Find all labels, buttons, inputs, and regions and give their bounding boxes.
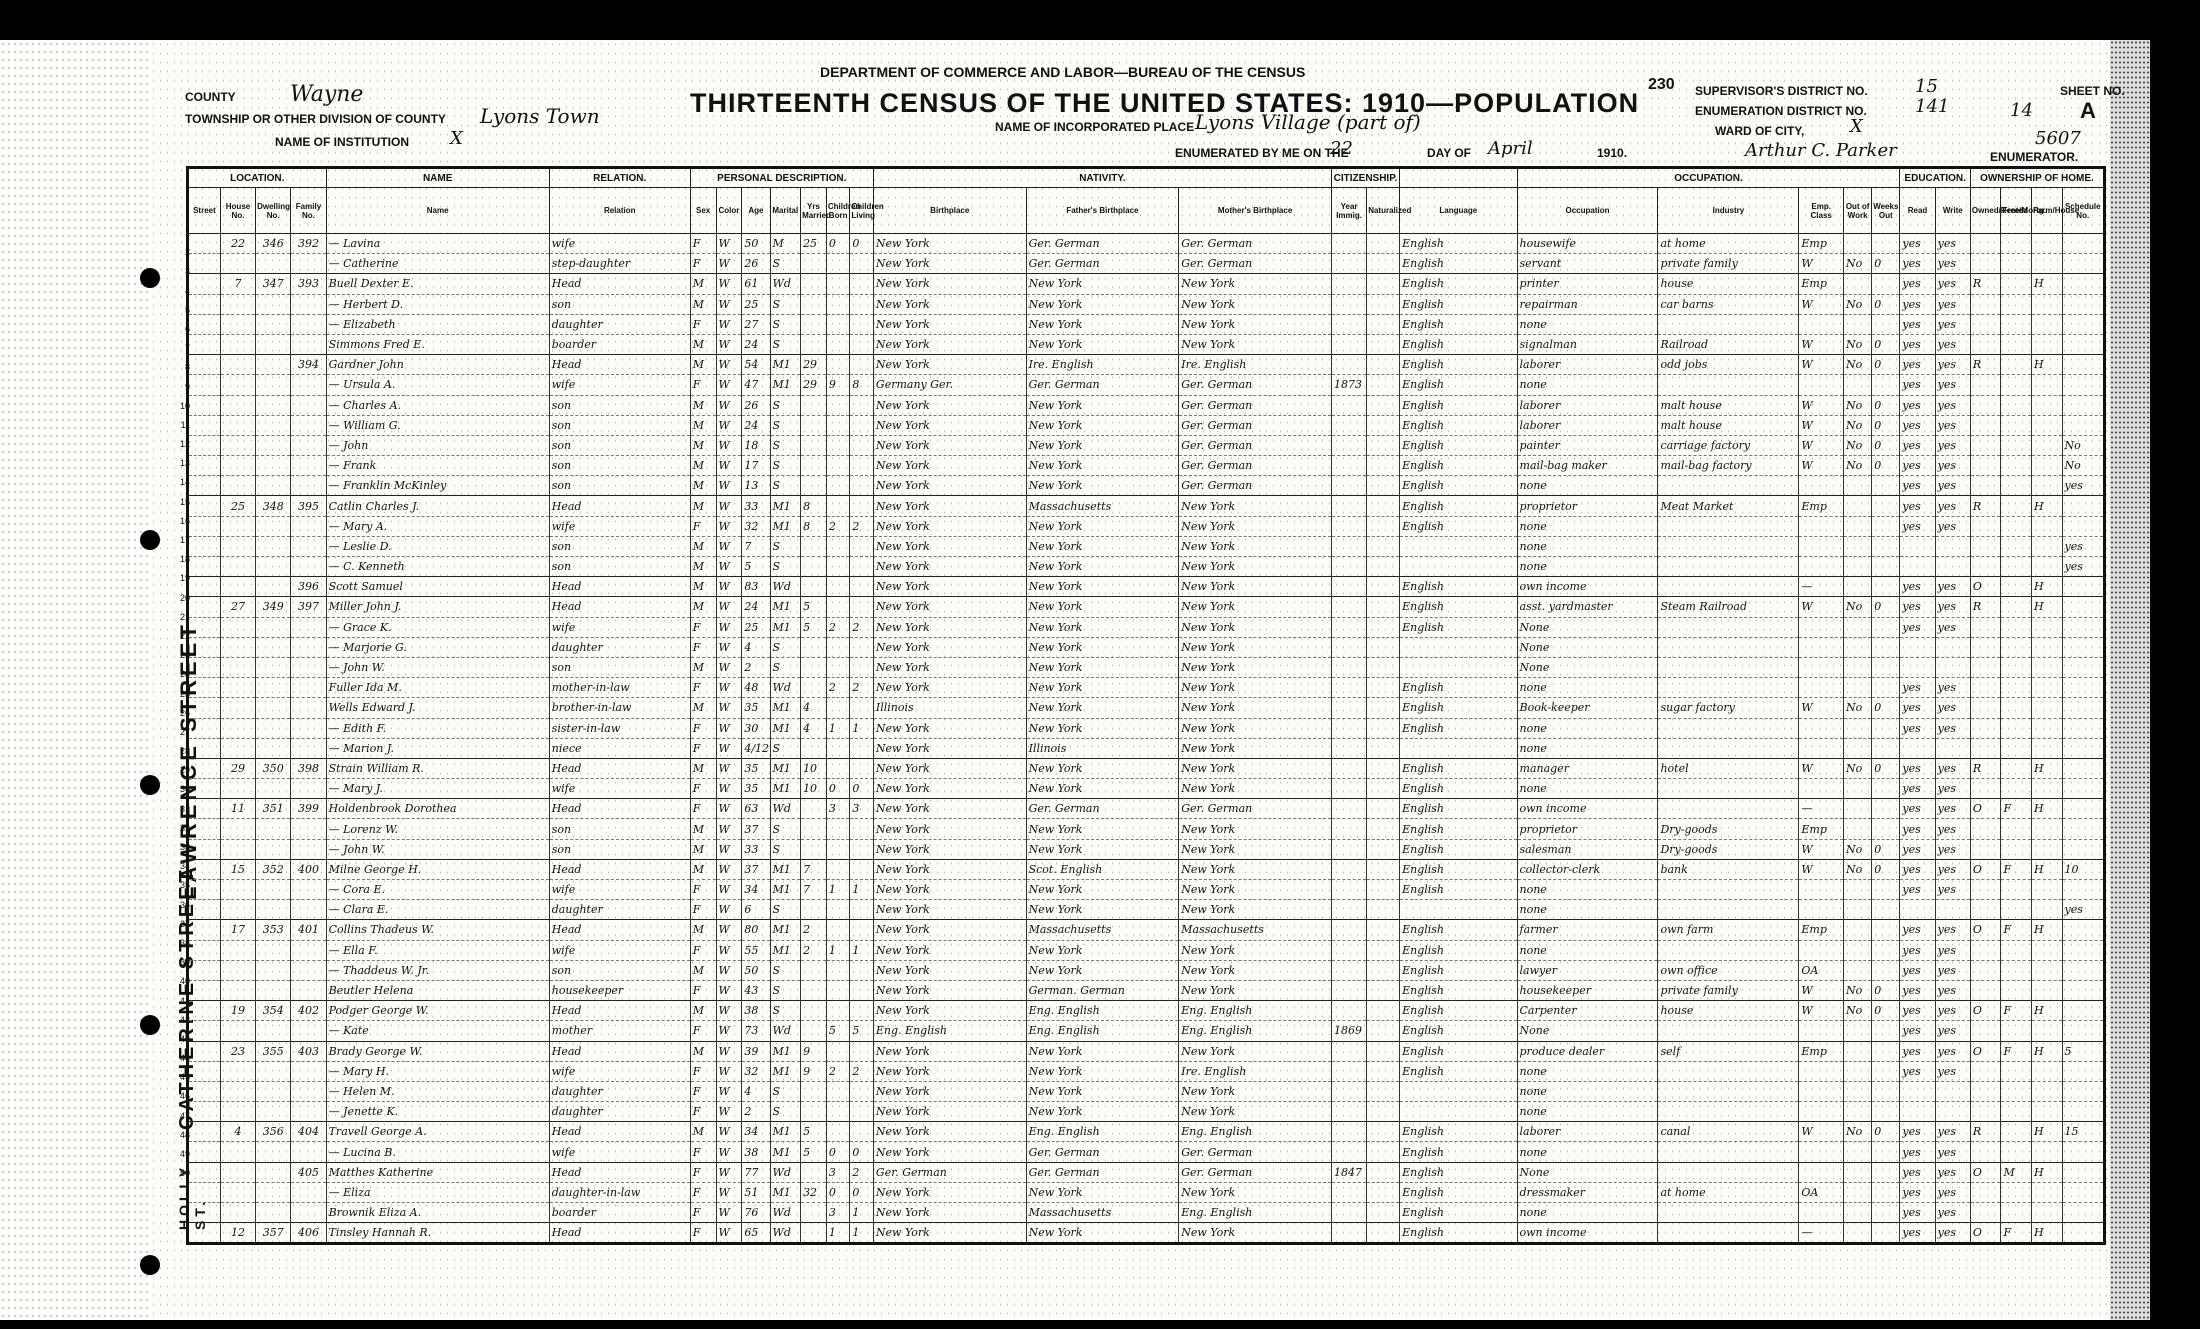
relation-cell: sister-in-law bbox=[549, 718, 690, 738]
age-cell: 26 bbox=[742, 254, 770, 274]
read-cell: yes bbox=[1900, 960, 1935, 980]
naturalized-cell bbox=[1367, 1021, 1400, 1041]
naturalized-cell bbox=[1367, 799, 1400, 819]
industry-cell: malt house bbox=[1658, 415, 1799, 435]
relation-cell: wife bbox=[549, 234, 690, 254]
children-born-cell: 3 bbox=[826, 1203, 849, 1223]
family-number-cell bbox=[291, 415, 326, 435]
out-of-work-cell: No bbox=[1844, 839, 1872, 859]
table-row: — Catherinestep-daughterFW26SNew YorkGer… bbox=[188, 254, 2105, 274]
dwelling-number-cell bbox=[256, 395, 291, 415]
out-of-work-cell: No bbox=[1844, 1122, 1872, 1142]
sex-cell: F bbox=[690, 880, 716, 900]
occupation-cell: proprietor bbox=[1517, 496, 1658, 516]
sex-cell: F bbox=[690, 940, 716, 960]
mother-birthplace-cell: New York bbox=[1179, 334, 1332, 354]
dwelling-number-cell bbox=[256, 1061, 291, 1081]
immigration-year-cell: 1847 bbox=[1331, 1162, 1366, 1182]
years-married-cell bbox=[801, 476, 827, 496]
name-cell: — Eliza bbox=[326, 1182, 549, 1202]
birthplace-cell: New York bbox=[873, 839, 1026, 859]
house-number-cell bbox=[220, 314, 255, 334]
children-born-cell bbox=[826, 920, 849, 940]
owned-rented-cell bbox=[1970, 940, 2001, 960]
language-cell: English bbox=[1400, 880, 1517, 900]
owned-rented-cell: O bbox=[1970, 1041, 2001, 1061]
employer-class-cell: — bbox=[1799, 1223, 1844, 1244]
sex-cell: M bbox=[690, 294, 716, 314]
col-occupation: Occupation bbox=[1517, 188, 1658, 234]
years-married-cell bbox=[801, 637, 827, 657]
industry-cell: at home bbox=[1658, 234, 1799, 254]
sex-cell: F bbox=[690, 738, 716, 758]
naturalized-cell bbox=[1367, 980, 1400, 1000]
color-cell: W bbox=[716, 577, 742, 597]
weeks-out-cell bbox=[1872, 1142, 1900, 1162]
children-born-cell bbox=[826, 496, 849, 516]
farm-house-cell bbox=[2031, 779, 2062, 799]
col-birthplace: Birthplace bbox=[873, 188, 1026, 234]
children-living-cell bbox=[850, 415, 874, 435]
color-cell: W bbox=[716, 476, 742, 496]
children-born-cell: 0 bbox=[826, 234, 849, 254]
industry-cell: house bbox=[1658, 1001, 1799, 1021]
name-cell: Wells Edward J. bbox=[326, 698, 549, 718]
father-birthplace-cell: Massachusetts bbox=[1026, 1203, 1179, 1223]
schedule-cell: yes bbox=[2062, 476, 2105, 496]
name-cell: — Mary H. bbox=[326, 1061, 549, 1081]
farm-house-cell: H bbox=[2031, 274, 2062, 294]
read-cell: yes bbox=[1900, 839, 1935, 859]
immigration-year-cell bbox=[1331, 1061, 1366, 1081]
family-number-cell bbox=[291, 254, 326, 274]
immigration-year-cell bbox=[1331, 920, 1366, 940]
schedule-cell bbox=[2062, 779, 2105, 799]
marital-cell: S bbox=[770, 637, 801, 657]
read-cell: yes bbox=[1900, 920, 1935, 940]
table-row: 25348395Catlin Charles J.HeadMW33M18New … bbox=[188, 496, 2105, 516]
farm-house-cell: H bbox=[2031, 1122, 2062, 1142]
read-cell: yes bbox=[1900, 718, 1935, 738]
immigration-year-cell bbox=[1331, 294, 1366, 314]
farm-house-cell: H bbox=[2031, 597, 2062, 617]
name-cell: — Herbert D. bbox=[326, 294, 549, 314]
farm-house-cell bbox=[2031, 334, 2062, 354]
color-cell: W bbox=[716, 1061, 742, 1081]
read-cell: yes bbox=[1900, 254, 1935, 274]
farm-house-cell bbox=[2031, 375, 2062, 395]
occupation-cell: laborer bbox=[1517, 355, 1658, 375]
occupation-cell: laborer bbox=[1517, 1122, 1658, 1142]
owned-rented-cell bbox=[1970, 435, 2001, 455]
children-living-cell: 2 bbox=[850, 678, 874, 698]
language-cell bbox=[1400, 738, 1517, 758]
table-row: — Herbert D.sonMW25SNew YorkNew YorkNew … bbox=[188, 294, 2105, 314]
write-cell: yes bbox=[1935, 476, 1970, 496]
owned-rented-cell bbox=[1970, 1021, 2001, 1041]
occupation-cell: none bbox=[1517, 1081, 1658, 1101]
write-cell: yes bbox=[1935, 1142, 1970, 1162]
farm-house-cell bbox=[2031, 980, 2062, 1000]
house-number-cell bbox=[220, 1061, 255, 1081]
out-of-work-cell bbox=[1844, 1081, 1872, 1101]
weeks-out-cell bbox=[1872, 1041, 1900, 1061]
employer-class-cell bbox=[1799, 1203, 1844, 1223]
family-number-cell bbox=[291, 1061, 326, 1081]
read-cell: yes bbox=[1900, 1061, 1935, 1081]
family-number-cell bbox=[291, 536, 326, 556]
read-cell bbox=[1900, 738, 1935, 758]
house-number-cell: 22 bbox=[220, 234, 255, 254]
color-cell: W bbox=[716, 1162, 742, 1182]
free-mortgaged-cell: F bbox=[2001, 799, 2032, 819]
out-of-work-cell bbox=[1844, 557, 1872, 577]
write-cell: yes bbox=[1935, 1122, 1970, 1142]
sex-cell: F bbox=[690, 1021, 716, 1041]
mother-birthplace-cell: Eng. English bbox=[1179, 1001, 1332, 1021]
house-number-cell bbox=[220, 536, 255, 556]
occupation-cell: own income bbox=[1517, 1223, 1658, 1244]
children-living-cell bbox=[850, 819, 874, 839]
birthplace-cell: New York bbox=[873, 617, 1026, 637]
color-cell: W bbox=[716, 1021, 742, 1041]
children-living-cell bbox=[850, 334, 874, 354]
free-mortgaged-cell bbox=[2001, 234, 2032, 254]
occupation-cell: own income bbox=[1517, 799, 1658, 819]
line-number: 42 bbox=[150, 1015, 190, 1034]
marital-cell: Wd bbox=[770, 1162, 801, 1182]
children-born-cell bbox=[826, 577, 849, 597]
employer-class-cell: Emp bbox=[1799, 1041, 1844, 1061]
write-cell: yes bbox=[1935, 395, 1970, 415]
dwelling-number-cell: 357 bbox=[256, 1223, 291, 1244]
house-number-cell: 17 bbox=[220, 920, 255, 940]
employer-class-cell bbox=[1799, 718, 1844, 738]
dwelling-number-cell: 356 bbox=[256, 1122, 291, 1142]
father-birthplace-cell: New York bbox=[1026, 880, 1179, 900]
col-dwelling: Dwelling No. bbox=[256, 188, 291, 234]
marital-cell: S bbox=[770, 557, 801, 577]
employer-class-cell bbox=[1799, 1142, 1844, 1162]
line-number: 47 bbox=[150, 1111, 190, 1130]
mother-birthplace-cell: Ire. English bbox=[1179, 355, 1332, 375]
father-birthplace-cell: New York bbox=[1026, 839, 1179, 859]
occupation-cell: servant bbox=[1517, 254, 1658, 274]
relation-cell: Head bbox=[549, 577, 690, 597]
street-cell bbox=[188, 577, 221, 597]
weeks-out-cell bbox=[1872, 1182, 1900, 1202]
children-born-cell bbox=[826, 355, 849, 375]
house-number-cell bbox=[220, 516, 255, 536]
language-cell: English bbox=[1400, 940, 1517, 960]
sex-cell: M bbox=[690, 1041, 716, 1061]
marital-cell: Wd bbox=[770, 577, 801, 597]
write-cell bbox=[1935, 536, 1970, 556]
naturalized-cell bbox=[1367, 880, 1400, 900]
write-cell: yes bbox=[1935, 678, 1970, 698]
owned-rented-cell bbox=[1970, 557, 2001, 577]
children-born-cell: 2 bbox=[826, 516, 849, 536]
sex-cell: M bbox=[690, 395, 716, 415]
father-birthplace-cell: Ger. German bbox=[1026, 375, 1179, 395]
years-married-cell bbox=[801, 334, 827, 354]
house-number-cell bbox=[220, 839, 255, 859]
weeks-out-cell bbox=[1872, 536, 1900, 556]
years-married-cell: 5 bbox=[801, 1142, 827, 1162]
father-birthplace-cell: Illinois bbox=[1026, 738, 1179, 758]
birthplace-cell: New York bbox=[873, 799, 1026, 819]
free-mortgaged-cell bbox=[2001, 900, 2032, 920]
write-cell bbox=[1935, 738, 1970, 758]
children-born-cell bbox=[826, 1041, 849, 1061]
house-number-cell bbox=[220, 880, 255, 900]
out-of-work-cell bbox=[1844, 880, 1872, 900]
ward-value: X bbox=[1850, 116, 1863, 137]
children-born-cell bbox=[826, 698, 849, 718]
employer-class-cell bbox=[1799, 314, 1844, 334]
naturalized-cell bbox=[1367, 678, 1400, 698]
birthplace-cell: New York bbox=[873, 1122, 1026, 1142]
color-cell: W bbox=[716, 738, 742, 758]
free-mortgaged-cell bbox=[2001, 557, 2032, 577]
free-mortgaged-cell bbox=[2001, 880, 2032, 900]
year-label: 1910. bbox=[1597, 146, 1627, 160]
relation-cell: daughter bbox=[549, 314, 690, 334]
marital-cell: Wd bbox=[770, 1203, 801, 1223]
employer-class-cell: W bbox=[1799, 294, 1844, 314]
house-number-cell bbox=[220, 294, 255, 314]
relation-cell: boarder bbox=[549, 1203, 690, 1223]
marital-cell: M1 bbox=[770, 1122, 801, 1142]
read-cell bbox=[1900, 637, 1935, 657]
write-cell: yes bbox=[1935, 920, 1970, 940]
dwelling-number-cell bbox=[256, 375, 291, 395]
age-cell: 63 bbox=[742, 799, 770, 819]
naturalized-cell bbox=[1367, 234, 1400, 254]
farm-house-cell: H bbox=[2031, 1041, 2062, 1061]
weeks-out-cell bbox=[1872, 819, 1900, 839]
mother-birthplace-cell: Eng. English bbox=[1179, 1021, 1332, 1041]
line-number: 26 bbox=[150, 708, 190, 727]
weeks-out-cell: 0 bbox=[1872, 395, 1900, 415]
color-cell: W bbox=[716, 1102, 742, 1122]
free-mortgaged-cell bbox=[2001, 839, 2032, 859]
children-living-cell: 2 bbox=[850, 516, 874, 536]
line-number: 8 bbox=[150, 362, 190, 381]
weeks-out-cell: 0 bbox=[1872, 334, 1900, 354]
farm-house-cell: H bbox=[2031, 496, 2062, 516]
write-cell: yes bbox=[1935, 254, 1970, 274]
table-row: — Mary A.wifeFW32M1822New YorkNew YorkNe… bbox=[188, 516, 2105, 536]
children-born-cell: 2 bbox=[826, 678, 849, 698]
language-cell: English bbox=[1400, 859, 1517, 879]
line-number: 39 bbox=[150, 957, 190, 976]
birthplace-cell: New York bbox=[873, 496, 1026, 516]
children-living-cell bbox=[850, 395, 874, 415]
occupation-cell: laborer bbox=[1517, 395, 1658, 415]
immigration-year-cell bbox=[1331, 637, 1366, 657]
read-cell: yes bbox=[1900, 1041, 1935, 1061]
street-cell bbox=[188, 597, 221, 617]
birthplace-cell: New York bbox=[873, 415, 1026, 435]
marital-cell: M1 bbox=[770, 779, 801, 799]
occupation-cell: signalman bbox=[1517, 334, 1658, 354]
weeks-out-cell bbox=[1872, 880, 1900, 900]
name-cell: — Lavina bbox=[326, 234, 549, 254]
industry-cell bbox=[1658, 476, 1799, 496]
name-cell: — Frank bbox=[326, 456, 549, 476]
age-cell: 47 bbox=[742, 375, 770, 395]
house-number-cell bbox=[220, 779, 255, 799]
employer-class-cell: W bbox=[1799, 839, 1844, 859]
incorporated-place-label: NAME OF INCORPORATED PLACE bbox=[995, 120, 1194, 134]
occupation-cell: repairman bbox=[1517, 294, 1658, 314]
farm-house-cell bbox=[2031, 1203, 2062, 1223]
read-cell bbox=[1900, 1081, 1935, 1101]
children-born-cell: 2 bbox=[826, 1061, 849, 1081]
free-mortgaged-cell bbox=[2001, 496, 2032, 516]
naturalized-cell bbox=[1367, 1122, 1400, 1142]
family-number-cell bbox=[291, 657, 326, 677]
table-row: — Marjorie G.daughterFW4SNew YorkNew Yor… bbox=[188, 637, 2105, 657]
naturalized-cell bbox=[1367, 254, 1400, 274]
language-cell: English bbox=[1400, 1223, 1517, 1244]
language-cell: English bbox=[1400, 980, 1517, 1000]
occupation-cell: dressmaker bbox=[1517, 1182, 1658, 1202]
employer-class-cell: OA bbox=[1799, 1182, 1844, 1202]
immigration-year-cell bbox=[1331, 678, 1366, 698]
schedule-cell bbox=[2062, 1021, 2105, 1041]
father-birthplace-cell: Massachusetts bbox=[1026, 920, 1179, 940]
marital-cell: S bbox=[770, 1001, 801, 1021]
occupation-cell: none bbox=[1517, 516, 1658, 536]
relation-cell: boarder bbox=[549, 334, 690, 354]
read-cell: yes bbox=[1900, 1001, 1935, 1021]
schedule-cell bbox=[2062, 1162, 2105, 1182]
out-of-work-cell bbox=[1844, 1182, 1872, 1202]
children-born-cell bbox=[826, 536, 849, 556]
years-married-cell bbox=[801, 1021, 827, 1041]
children-born-cell: 0 bbox=[826, 1182, 849, 1202]
dwelling-number-cell: 354 bbox=[256, 1001, 291, 1021]
dwelling-number-cell: 348 bbox=[256, 496, 291, 516]
immigration-year-cell bbox=[1331, 758, 1366, 778]
street-cell bbox=[188, 334, 221, 354]
farm-house-cell bbox=[2031, 900, 2062, 920]
language-cell: English bbox=[1400, 779, 1517, 799]
out-of-work-cell bbox=[1844, 314, 1872, 334]
free-mortgaged-cell: M bbox=[2001, 1162, 2032, 1182]
weeks-out-cell bbox=[1872, 274, 1900, 294]
out-of-work-cell bbox=[1844, 678, 1872, 698]
occupation-cell: none bbox=[1517, 314, 1658, 334]
father-birthplace-cell: New York bbox=[1026, 536, 1179, 556]
birthplace-cell: New York bbox=[873, 819, 1026, 839]
family-number-cell bbox=[291, 880, 326, 900]
line-number: 33 bbox=[150, 842, 190, 861]
line-number: 6 bbox=[150, 324, 190, 343]
children-born-cell bbox=[826, 859, 849, 879]
dwelling-number-cell bbox=[256, 779, 291, 799]
col-years-married: Yrs Married bbox=[801, 188, 827, 234]
years-married-cell bbox=[801, 274, 827, 294]
naturalized-cell bbox=[1367, 1223, 1400, 1244]
naturalized-cell bbox=[1367, 1081, 1400, 1101]
industry-cell: at home bbox=[1658, 1182, 1799, 1202]
table-row: — Mary H.wifeFW32M1922New YorkNew YorkIr… bbox=[188, 1061, 2105, 1081]
house-number-cell bbox=[220, 678, 255, 698]
free-mortgaged-cell bbox=[2001, 334, 2032, 354]
age-cell: 61 bbox=[742, 274, 770, 294]
industry-cell: bank bbox=[1658, 859, 1799, 879]
color-cell: W bbox=[716, 880, 742, 900]
marital-cell: M1 bbox=[770, 940, 801, 960]
line-number: 25 bbox=[150, 689, 190, 708]
industry-cell bbox=[1658, 940, 1799, 960]
dwelling-number-cell bbox=[256, 839, 291, 859]
industry-cell bbox=[1658, 314, 1799, 334]
children-born-cell bbox=[826, 254, 849, 274]
sex-cell: F bbox=[690, 1203, 716, 1223]
relation-cell: brother-in-law bbox=[549, 698, 690, 718]
employer-class-cell bbox=[1799, 880, 1844, 900]
family-number-cell: 394 bbox=[291, 355, 326, 375]
owned-rented-cell bbox=[1970, 254, 2001, 274]
employer-class-cell bbox=[1799, 1102, 1844, 1122]
free-mortgaged-cell bbox=[2001, 758, 2032, 778]
name-cell: — Edith F. bbox=[326, 718, 549, 738]
children-living-cell: 2 bbox=[850, 1061, 874, 1081]
color-cell: W bbox=[716, 496, 742, 516]
color-cell: W bbox=[716, 274, 742, 294]
line-number: 21 bbox=[150, 612, 190, 631]
mother-birthplace-cell: New York bbox=[1179, 980, 1332, 1000]
weeks-out-cell bbox=[1872, 637, 1900, 657]
immigration-year-cell bbox=[1331, 597, 1366, 617]
mother-birthplace-cell: New York bbox=[1179, 1102, 1332, 1122]
write-cell: yes bbox=[1935, 799, 1970, 819]
color-cell: W bbox=[716, 657, 742, 677]
farm-house-cell bbox=[2031, 415, 2062, 435]
supervisor-district-label: SUPERVISOR'S DISTRICT NO. bbox=[1695, 84, 1868, 98]
house-number-cell bbox=[220, 718, 255, 738]
age-cell: 27 bbox=[742, 314, 770, 334]
age-cell: 65 bbox=[742, 1223, 770, 1244]
street-cell bbox=[188, 1162, 221, 1182]
relation-cell: wife bbox=[549, 516, 690, 536]
birthplace-cell: New York bbox=[873, 1061, 1026, 1081]
dwelling-number-cell bbox=[256, 1102, 291, 1122]
immigration-year-cell bbox=[1331, 314, 1366, 334]
name-cell: Scott Samuel bbox=[326, 577, 549, 597]
language-cell: English bbox=[1400, 274, 1517, 294]
weeks-out-cell bbox=[1872, 496, 1900, 516]
years-married-cell: 5 bbox=[801, 617, 827, 637]
street-cell bbox=[188, 415, 221, 435]
father-birthplace-cell: New York bbox=[1026, 698, 1179, 718]
farm-house-cell bbox=[2031, 1102, 2062, 1122]
children-born-cell: 1 bbox=[826, 940, 849, 960]
birthplace-cell: New York bbox=[873, 657, 1026, 677]
house-number-cell bbox=[220, 940, 255, 960]
line-number: 19 bbox=[150, 573, 190, 592]
years-married-cell bbox=[801, 1162, 827, 1182]
sex-cell: M bbox=[690, 859, 716, 879]
immigration-year-cell bbox=[1331, 1203, 1366, 1223]
relation-cell: mother bbox=[549, 1021, 690, 1041]
street-cell bbox=[188, 314, 221, 334]
children-born-cell bbox=[826, 274, 849, 294]
